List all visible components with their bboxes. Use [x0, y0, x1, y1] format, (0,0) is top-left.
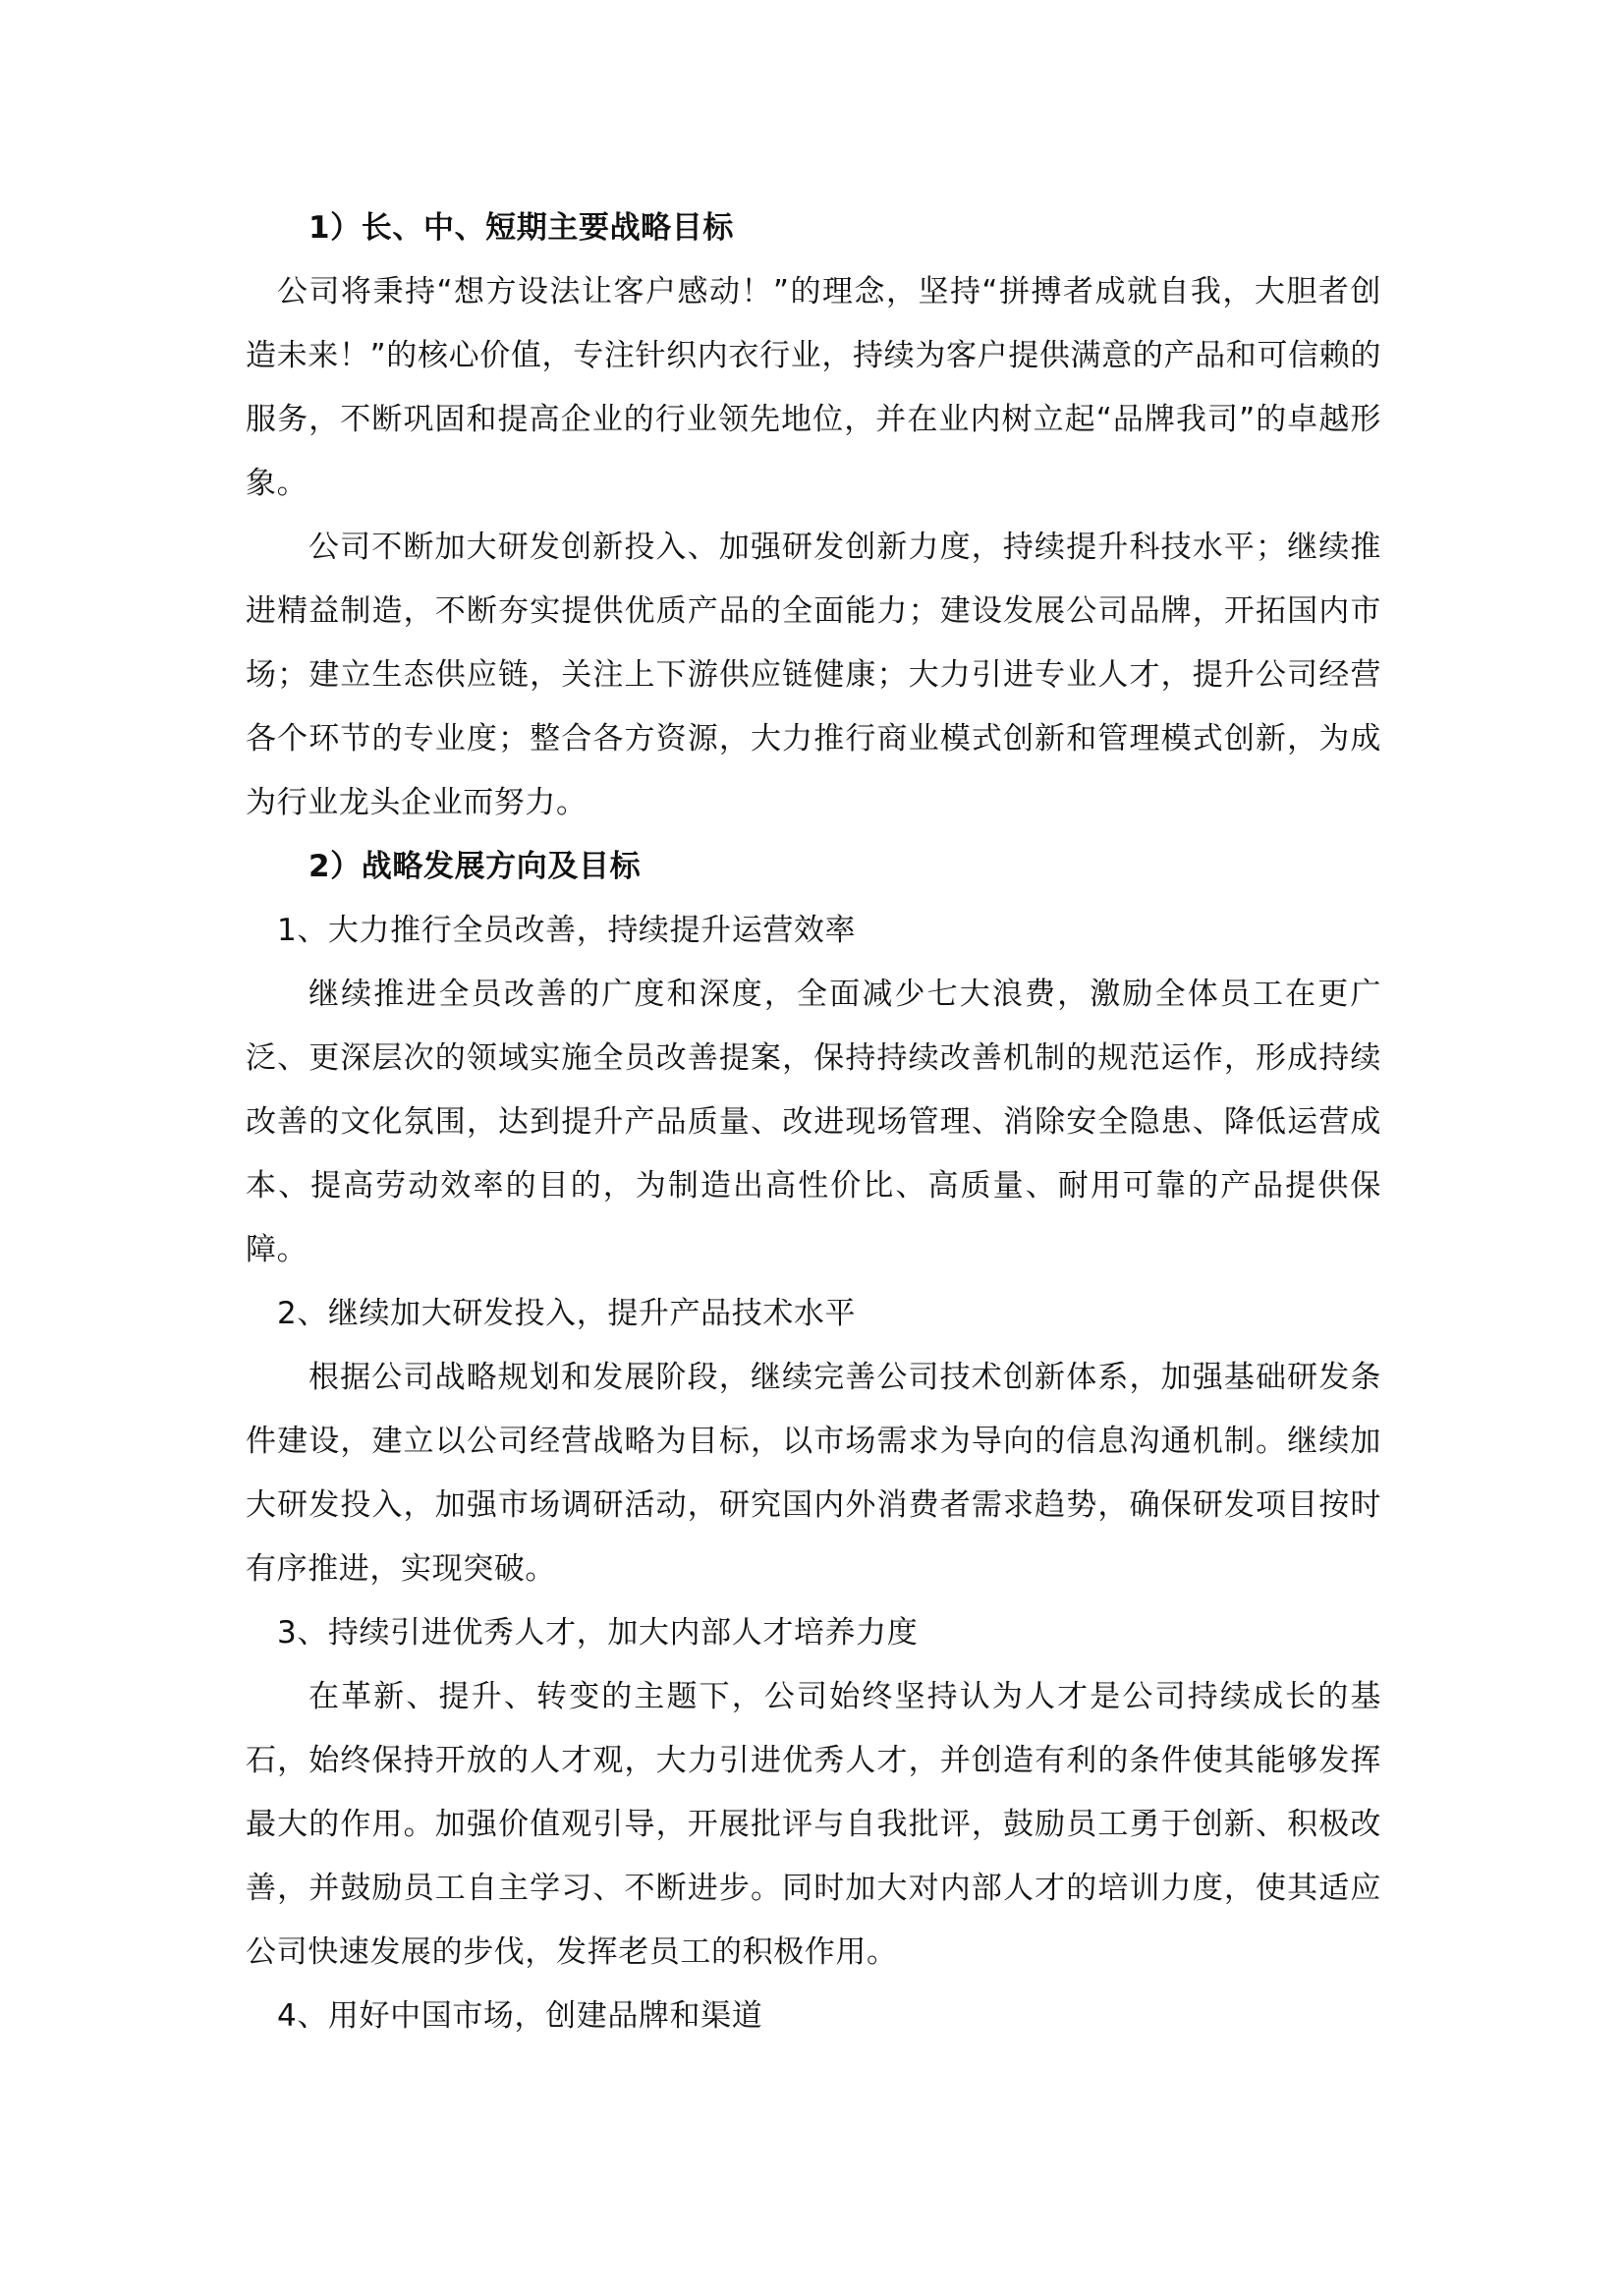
item-title-1: 1、大力推行全员改善，持续提升运营效率 [246, 899, 1381, 963]
item-body-3: 在革新、提升、转变的主题下，公司始终坚持认为人才是公司持续成长的基石，始终保持开… [246, 1665, 1381, 1985]
item-title-4: 4、用好中国市场，创建品牌和渠道 [246, 1985, 1381, 2048]
item-title-2: 2、继续加大研发投入，提升产品技术水平 [246, 1282, 1381, 1346]
section-heading-1: 1）长、中、短期主要战略目标 [246, 196, 1381, 260]
item-body-2: 根据公司战略规划和发展阶段，继续完善公司技术创新体系，加强基础研发条件建设，建立… [246, 1346, 1381, 1601]
paragraph-strategy: 公司不断加大研发创新投入、加强研发创新力度，持续提升科技水平；继续推进精益制造，… [246, 516, 1381, 835]
paragraph-mission: 公司将秉持“想方设法让客户感动！”的理念，坚持“拼搏者成就自我，大胆者创造未来！… [246, 260, 1381, 516]
item-title-3: 3、持续引进优秀人才，加大内部人才培养力度 [246, 1601, 1381, 1665]
item-body-1: 继续推进全员改善的广度和深度，全面减少七大浪费，激励全体员工在更广泛、更深层次的… [246, 963, 1381, 1282]
section-heading-2: 2）战略发展方向及目标 [246, 835, 1381, 899]
document-page: 1）长、中、短期主要战略目标 公司将秉持“想方设法让客户感动！”的理念，坚持“拼… [246, 196, 1381, 2048]
